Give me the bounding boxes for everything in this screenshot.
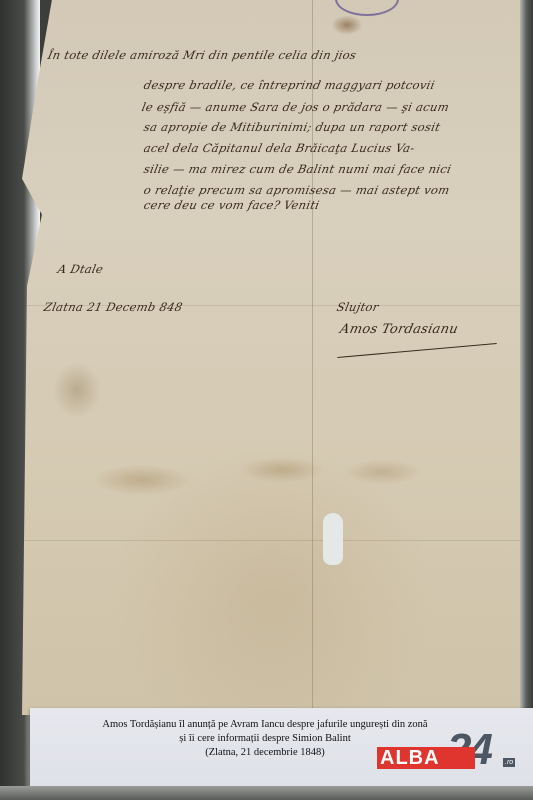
historical-letter: · · · În tote dilele amiroză Mri din pen…: [22, 0, 520, 715]
alba24-watermark-logo: 24 ALBA .ro: [377, 732, 522, 772]
caption-label: Amos Tordășianu îl anunță pe Avram Iancu…: [30, 708, 533, 786]
letter-line: despre bradile, ce întreprind maggyari p…: [143, 78, 437, 92]
closing: Slujtor: [336, 300, 381, 314]
date-line: Zlatna 21 Decemb 848: [43, 300, 184, 314]
archive-stamp: · · ·: [335, 0, 399, 16]
signature: Amos Tordasianu: [338, 322, 459, 337]
letter-line: silie — ma mirez cum de Balint numi mai …: [143, 162, 453, 176]
letter-line: În tote dilele amiroză Mri din pentile c…: [47, 48, 358, 62]
signature-flourish: [337, 343, 496, 358]
letter-line: sa apropie de Mitiburinimi; dupa un rapo…: [143, 120, 442, 134]
paper-hole: [323, 513, 343, 565]
letter-line: le eşfiă — anume Sara de jos o prădara —…: [141, 100, 451, 114]
logo-brand: ALBA: [377, 747, 475, 769]
letter-line: acel dela Căpitanul dela Brăicaţa Lucius…: [143, 141, 417, 155]
display-case-bottom: [0, 786, 533, 800]
caption-line-1: Amos Tordășianu îl anunță pe Avram Iancu…: [30, 718, 500, 732]
letter-line: cere deu ce vom face? Veniti: [143, 198, 321, 212]
logo-tld: .ro: [503, 758, 515, 767]
fold-line-horizontal: [22, 540, 520, 541]
salutation: A Dtale: [57, 262, 105, 276]
letter-line: o relaţie precum sa apromisesa — mai ast…: [143, 183, 451, 197]
